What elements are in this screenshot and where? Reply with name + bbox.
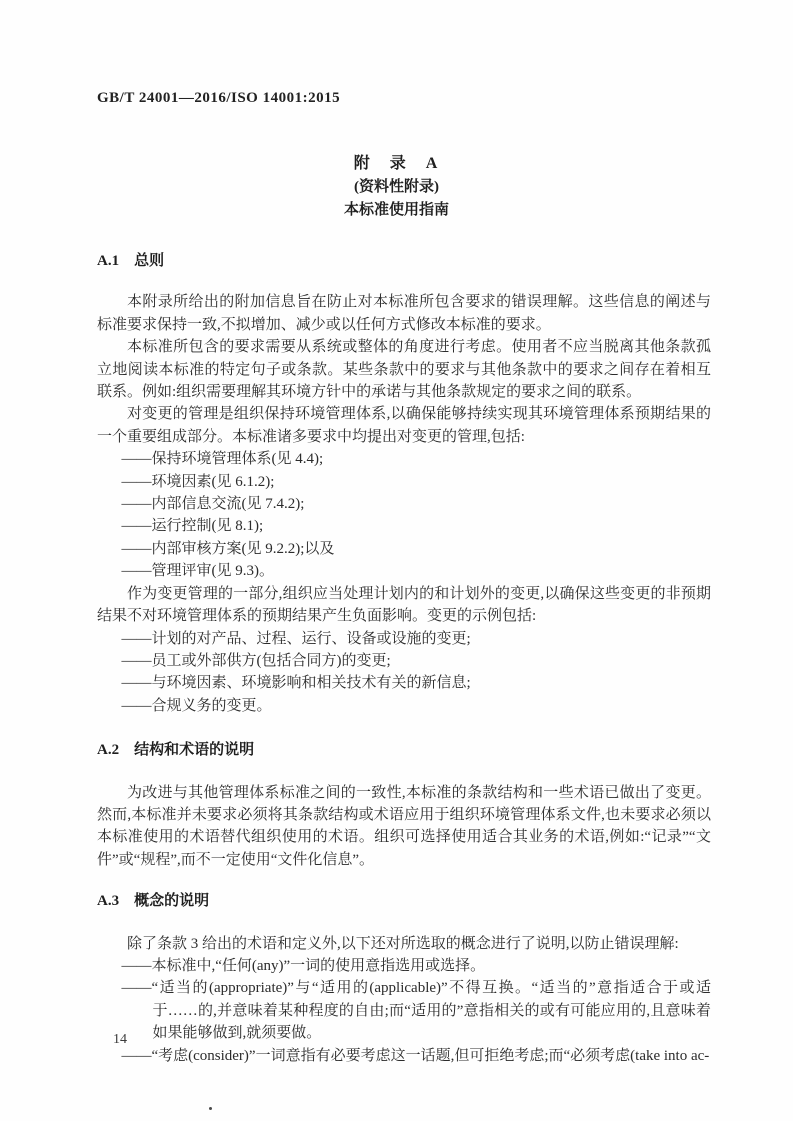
section-heading-a2: A.2 结构和术语的说明 <box>97 739 711 761</box>
page-number: 14 <box>113 1032 127 1048</box>
paragraph: 作为变更管理的一部分,组织应当处理计划内的和计划外的变更,以确保这些变更的非预期… <box>97 583 711 628</box>
section-heading-a3: A.3 概念的说明 <box>97 890 711 912</box>
list-item: ——计划的对产品、过程、运行、设备或设施的变更; <box>97 628 711 650</box>
list-item: ——“适当的(appropriate)”与“适用的(applicable)”不得… <box>97 977 711 1044</box>
dash-list-change-examples: ——计划的对产品、过程、运行、设备或设施的变更; ——员工或外部供方(包括合同方… <box>97 628 711 718</box>
annex-informative-label: (资料性附录) <box>0 176 793 199</box>
scan-artifact-dot <box>209 1107 212 1110</box>
list-item: ——员工或外部供方(包括合同方)的变更; <box>97 650 711 672</box>
list-item: ——运行控制(见 8.1); <box>97 515 711 537</box>
paragraph: 除了条款 3 给出的术语和定义外,以下还对所选取的概念进行了说明,以防止错误理解… <box>97 933 711 955</box>
list-item: ——本标准中,“任何(any)”一词的使用意指选用或选择。 <box>97 955 711 977</box>
list-item: ——内部信息交流(见 7.4.2); <box>97 493 711 515</box>
section-heading-a1: A.1 总则 <box>97 250 711 272</box>
list-item: ——合规义务的变更。 <box>97 695 711 717</box>
document-page: GB/T 24001—2016/ISO 14001:2015 附 录 A (资料… <box>0 0 793 1121</box>
annex-guide-title: 本标准使用指南 <box>0 199 793 222</box>
list-item: ——“考虑(consider)”一词意指有必要考虑这一话题,但可拒绝考虑;而“必… <box>97 1045 711 1067</box>
list-item: ——与环境因素、环境影响和相关技术有关的新信息; <box>97 672 711 694</box>
paragraph: 为改进与其他管理体系标准之间的一致性,本标准的条款结构和一些术语已做出了变更。然… <box>97 782 711 872</box>
list-item: ——保持环境管理体系(见 4.4); <box>97 448 711 470</box>
paragraph: 本附录所给出的附加信息旨在防止对本标准所包含要求的错误理解。这些信息的阐述与标准… <box>97 291 711 336</box>
annex-title-block: 附 录 A (资料性附录) 本标准使用指南 <box>0 152 793 222</box>
dash-list-change-management: ——保持环境管理体系(见 4.4); ——环境因素(见 6.1.2); ——内部… <box>97 448 711 582</box>
paragraph: 对变更的管理是组织保持环境管理体系,以确保能够持续实现其环境管理体系预期结果的一… <box>97 403 711 448</box>
document-body: A.1 总则 本附录所给出的附加信息旨在防止对本标准所包含要求的错误理解。这些信… <box>97 250 711 1067</box>
list-item: ——环境因素(见 6.1.2); <box>97 471 711 493</box>
standard-number-header: GB/T 24001—2016/ISO 14001:2015 <box>97 90 340 107</box>
paragraph: 本标准所包含的要求需要从系统或整体的角度进行考虑。使用者不应当脱离其他条款孤立地… <box>97 336 711 403</box>
list-item: ——管理评审(见 9.3)。 <box>97 560 711 582</box>
list-item: ——内部审核方案(见 9.2.2);以及 <box>97 538 711 560</box>
dash-list-concepts: ——本标准中,“任何(any)”一词的使用意指选用或选择。 ——“适当的(app… <box>97 955 711 1067</box>
annex-title: 附 录 A <box>0 152 793 176</box>
